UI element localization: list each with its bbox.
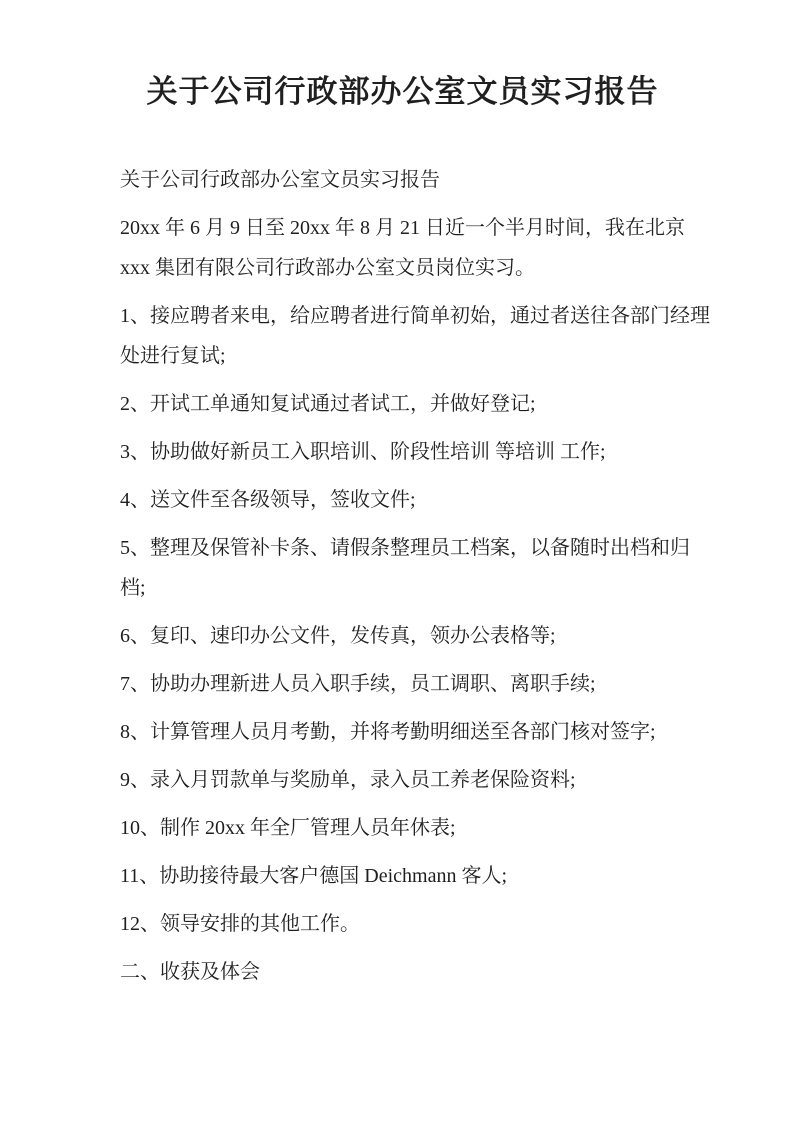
text-line: 二、收获及体会 xyxy=(120,952,685,992)
text-line: 档; xyxy=(120,568,685,608)
paragraph: 二、收获及体会 xyxy=(120,952,685,992)
paragraph: 6、复印、速印办公文件，发传真，领办公表格等; xyxy=(120,616,685,656)
paragraph: 11、协助接待最大客户德国 Deichmann 客人; xyxy=(120,856,685,896)
text-line: 2、开试工单通知复试通过者试工，并做好登记; xyxy=(120,384,685,424)
text-line: 5、整理及保管补卡条、请假条整理员工档案，以备随时出档和归 xyxy=(120,528,685,568)
text-line: 12、领导安排的其他工作。 xyxy=(120,904,685,944)
text-line: 6、复印、速印办公文件，发传真，领办公表格等; xyxy=(120,616,685,656)
text-line: 1、接应聘者来电，给应聘者进行简单初始，通过者送往各部门经理 xyxy=(120,296,685,336)
paragraph: 20xx 年 6 月 9 日至 20xx 年 8 月 21 日近一个半月时间，我… xyxy=(120,208,685,288)
text-line: 11、协助接待最大客户德国 Deichmann 客人; xyxy=(120,856,685,896)
paragraph: 1、接应聘者来电，给应聘者进行简单初始，通过者送往各部门经理 处进行复试; xyxy=(120,296,685,376)
text-line: 20xx 年 6 月 9 日至 20xx 年 8 月 21 日近一个半月时间，我… xyxy=(120,208,685,248)
text-line: 关于公司行政部办公室文员实习报告 xyxy=(120,160,685,200)
paragraph: 8、计算管理人员月考勤，并将考勤明细送至各部门核对签字; xyxy=(120,712,685,752)
paragraph: 7、协助办理新进人员入职手续，员工调职、离职手续; xyxy=(120,664,685,704)
text-line: 处进行复试; xyxy=(120,336,685,376)
text-line: 8、计算管理人员月考勤，并将考勤明细送至各部门核对签字; xyxy=(120,712,685,752)
paragraph: 2、开试工单通知复试通过者试工，并做好登记; xyxy=(120,384,685,424)
text-line: 10、制作 20xx 年全厂管理人员年休表; xyxy=(120,808,685,848)
paragraph: 3、协助做好新员工入职培训、阶段性培训 等培训 工作; xyxy=(120,432,685,472)
paragraph: 5、整理及保管补卡条、请假条整理员工档案，以备随时出档和归 档; xyxy=(120,528,685,608)
paragraph: 4、送文件至各级领导，签收文件; xyxy=(120,480,685,520)
text-line: 3、协助做好新员工入职培训、阶段性培训 等培训 工作; xyxy=(120,432,685,472)
paragraph: 12、领导安排的其他工作。 xyxy=(120,904,685,944)
paragraph: 9、录入月罚款单与奖励单，录入员工养老保险资料; xyxy=(120,760,685,800)
text-line: xxx 集团有限公司行政部办公室文员岗位实习。 xyxy=(120,248,685,288)
paragraph: 10、制作 20xx 年全厂管理人员年休表; xyxy=(120,808,685,848)
document-page: 关于公司行政部办公室文员实习报告 关于公司行政部办公室文员实习报告 20xx 年… xyxy=(0,0,793,1122)
text-line: 4、送文件至各级领导，签收文件; xyxy=(120,480,685,520)
document-title: 关于公司行政部办公室文员实习报告 xyxy=(120,68,685,116)
text-line: 9、录入月罚款单与奖励单，录入员工养老保险资料; xyxy=(120,760,685,800)
paragraph: 关于公司行政部办公室文员实习报告 xyxy=(120,160,685,200)
text-line: 7、协助办理新进人员入职手续，员工调职、离职手续; xyxy=(120,664,685,704)
